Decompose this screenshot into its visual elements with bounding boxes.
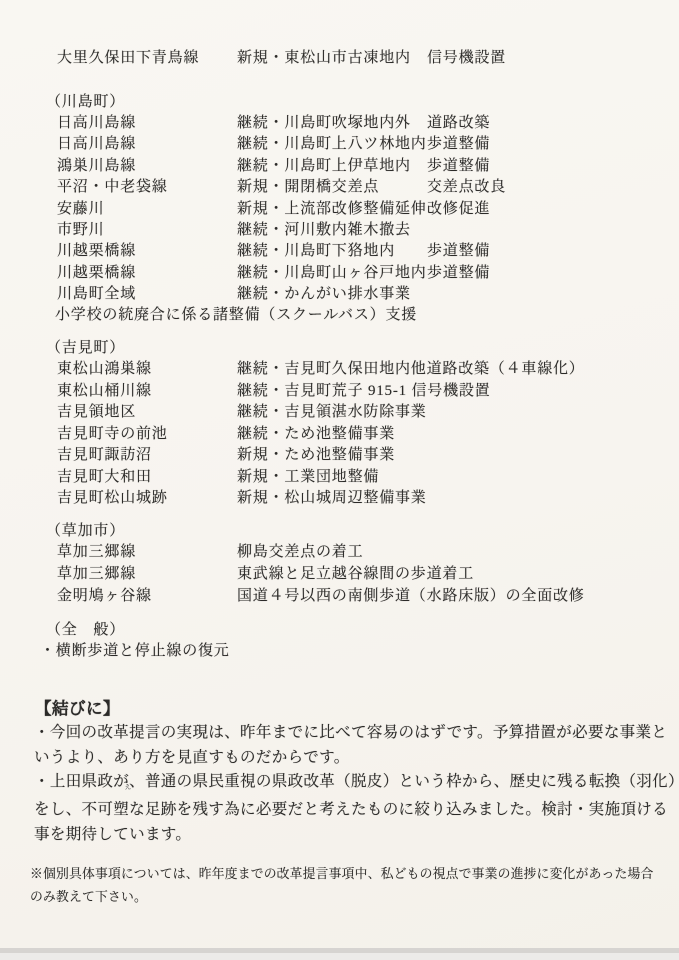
project-row: 安藤川 新規・上流部改修整備延伸 改修促進: [0, 197, 679, 215]
scanned-document-page: 大里久保田下青鳥線 新規・東松山市古凍地内 信号機設置 （川島町） 日高川島線 …: [0, 0, 679, 960]
route-name: 鴻巣川島線: [57, 154, 136, 175]
project-description: 新規・松山城周辺整備事業: [237, 486, 427, 507]
route-name: 東松山桶川線: [57, 379, 152, 400]
route-name: 平沼・中老袋線: [57, 175, 168, 196]
project-description: 継続・川島町上伊草地内: [237, 154, 411, 175]
project-description: 継続・川島町山ヶ谷戸地内: [237, 261, 427, 282]
conclusion-line: をし、不可塑な足跡を残す為に必要だと考えたものに絞り込みました。検討・実施頂ける: [34, 797, 668, 819]
project-description: 国道４号以西の南側歩道（水路床版）の全面改修: [237, 584, 585, 605]
project-row: 東松山鴻巣線 継続・吉見町久保田地内他道路改築（４車線化）: [0, 357, 679, 375]
project-row: 草加三郷線 柳島交差点の着工: [0, 540, 679, 558]
route-name: 東松山鴻巣線: [57, 357, 152, 378]
project-row: 東松山桶川線 継続・吉見町荒子 915-1 信号機設置: [0, 379, 679, 397]
project-row: 平沼・中老袋線 新規・開閉橋交差点 交差点改良: [0, 175, 679, 193]
project-type: 道路改築: [427, 111, 490, 132]
route-name: 市野川: [57, 218, 104, 239]
route-name: 吉見町寺の前池: [57, 422, 168, 443]
section-note: 小学校の統廃合に係る諸整備（スクールバス）支援: [55, 303, 417, 324]
project-row: 鴻巣川島線 継続・川島町上伊草地内 歩道整備: [0, 154, 679, 172]
route-name: 金明鳩ヶ谷線: [57, 584, 152, 605]
project-description: 継続・河川敷内雑木撤去: [237, 218, 411, 239]
route-name: 大里久保田下青鳥線: [57, 46, 199, 67]
project-row: 川島町全域 継続・かんがい排水事業: [0, 282, 679, 300]
project-description: 柳島交差点の着工: [237, 540, 363, 561]
general-bullet: ・横断歩道と停止線の復元: [40, 639, 230, 660]
project-description: 継続・吉見領湛水防除事業: [237, 400, 427, 421]
route-name: 吉見町諏訪沼: [57, 443, 152, 464]
conclusion-heading: 【結びに】: [35, 695, 120, 719]
project-type: 改修促進: [427, 197, 490, 218]
project-row: 金明鳩ヶ谷線 国道４号以西の南側歩道（水路床版）の全面改修: [0, 584, 679, 602]
section-header-general: （全 般）: [46, 618, 125, 639]
project-type: 歩道整備: [427, 261, 490, 282]
section-header-yoshimi: （吉見町）: [46, 336, 125, 357]
route-name: 川越栗橋線: [57, 261, 136, 282]
project-description: 新規・工業団地整備: [237, 465, 379, 486]
route-name: 川越栗橋線: [57, 239, 136, 260]
project-description: 継続・かんがい排水事業: [237, 282, 411, 303]
footnote-line: ※個別具体事項については、昨年度までの改革提言事項中、私どもの視点で事業の進捗に…: [30, 863, 653, 882]
project-description: 継続・吉見町荒子 915-1 信号機設置: [237, 379, 491, 400]
project-description: 継続・吉見町久保田地内他道路改築（４車線化）: [237, 357, 585, 378]
project-type: 歩道整備: [427, 154, 490, 175]
route-name: 川島町全域: [57, 282, 136, 303]
route-name: 日高川島線: [57, 132, 136, 153]
project-type: 歩道整備: [427, 239, 490, 260]
conclusion-line: 事を期待しています。: [34, 822, 191, 844]
conclusion-line: ・今回の改革提言の実現は、昨年までに比べて容易のはずです。予算措置が必要な事業と: [34, 720, 667, 742]
project-description: 新規・上流部改修整備延伸: [237, 197, 427, 218]
handwritten-mark: ぇ: [122, 778, 133, 792]
project-description: 新規・ため池整備事業: [237, 443, 395, 464]
project-description: 東武線と足立越谷線間の歩道着工: [237, 562, 474, 583]
route-name: 草加三郷線: [57, 562, 136, 583]
project-row: 川越栗橋線 継続・川島町山ヶ谷戸地内 歩道整備: [0, 261, 679, 279]
project-row: 日高川島線 継続・川島町上八ツ林地内 歩道整備: [0, 132, 679, 150]
project-type: 交差点改良: [427, 175, 506, 196]
route-name: 吉見町松山城跡: [57, 486, 168, 507]
section-header-soka: （草加市）: [46, 519, 125, 540]
conclusion-line: いうより、あり方を見直すものだからです。: [34, 745, 350, 767]
project-description: 継続・川島町吹塚地内外: [237, 111, 411, 132]
footnote-line: のみ教えて下さい。: [30, 886, 147, 905]
project-row: 日高川島線 継続・川島町吹塚地内外 道路改築: [0, 111, 679, 129]
project-type: 信号機設置: [427, 46, 506, 67]
route-name: 草加三郷線: [57, 540, 136, 561]
route-name: 日高川島線: [57, 111, 136, 132]
project-row: 市野川 継続・河川敷内雑木撤去: [0, 218, 679, 236]
project-row: 吉見領地区 継続・吉見領湛水防除事業: [0, 400, 679, 418]
project-row: 吉見町大和田 新規・工業団地整備: [0, 465, 679, 483]
project-row: 吉見町寺の前池 継続・ため池整備事業: [0, 422, 679, 440]
project-row: 草加三郷線 東武線と足立越谷線間の歩道着工: [0, 562, 679, 580]
scan-edge-strip-light: [0, 953, 679, 960]
project-row: 川越栗橋線 継続・川島町下狢地内 歩道整備: [0, 239, 679, 257]
project-description: 新規・開閉橋交差点: [237, 175, 379, 196]
route-name: 安藤川: [57, 197, 104, 218]
project-description: 継続・川島町下狢地内: [237, 239, 395, 260]
project-description: 継続・ため池整備事業: [237, 422, 395, 443]
route-name: 吉見領地区: [57, 400, 136, 421]
project-description: 新規・東松山市古凍地内: [237, 46, 411, 67]
project-type: 歩道整備: [427, 132, 490, 153]
route-name: 吉見町大和田: [57, 465, 152, 486]
project-row: 吉見町諏訪沼 新規・ため池整備事業: [0, 443, 679, 461]
section-header-kawajima: （川島町）: [46, 90, 125, 111]
project-description: 継続・川島町上八ツ林地内: [237, 132, 427, 153]
project-row: 吉見町松山城跡 新規・松山城周辺整備事業: [0, 486, 679, 504]
project-row: 大里久保田下青鳥線 新規・東松山市古凍地内 信号機設置: [0, 46, 679, 64]
